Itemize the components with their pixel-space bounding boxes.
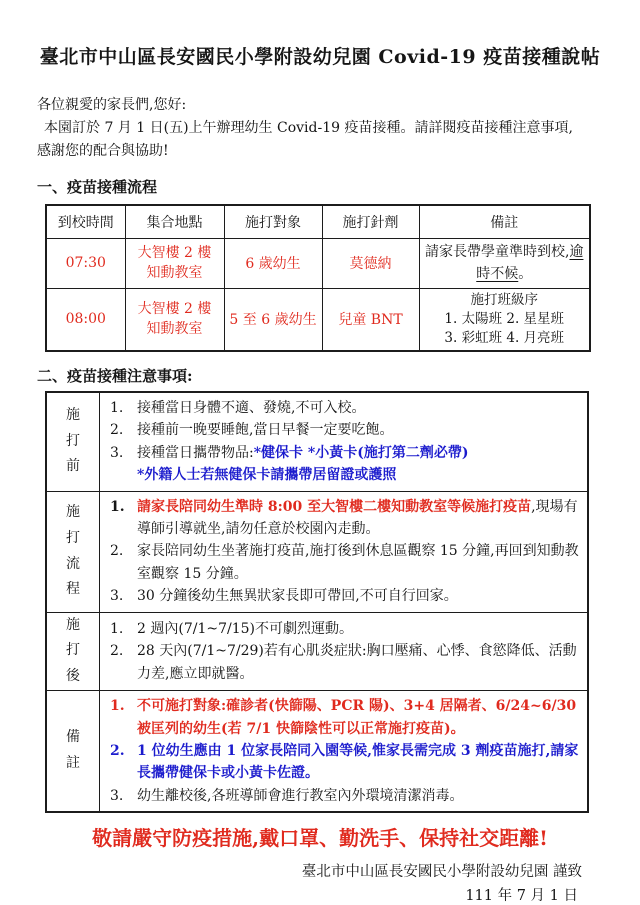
greeting-line: 各位親愛的家長們,您好: bbox=[37, 94, 612, 117]
note-item: 3.30 分鐘後幼生無異狀家長即可帶回,不可自行回家。 bbox=[110, 585, 579, 607]
item-number: 2. bbox=[110, 640, 137, 662]
item-text: 家長陪同幼生坐著施打疫苗,施打後到休息區觀察 15 分鐘,再回到知動教室觀察 1… bbox=[137, 543, 579, 581]
class-order-line: 3. 彩虹班 4. 月亮班 bbox=[424, 329, 586, 348]
document-page: 臺北市中山區長安國民小學附設幼兒園 Covid-19 疫苗接種說帖 各位親愛的家… bbox=[0, 0, 640, 905]
class-order-line: 1. 太陽班 2. 星星班 bbox=[424, 310, 586, 329]
schedule-row: 07:30 大智樓 2 樓 知動教室 6 歲幼生 莫德納 請家長帶學童準時到校,… bbox=[46, 238, 590, 288]
column-header-target: 施打對象 bbox=[224, 205, 322, 238]
note-item: 1.2 週內(7/1~7/15)不可劇烈運動。 bbox=[110, 618, 579, 640]
safety-slogan: 敬請嚴守防疫措施,戴口罩、勤洗手、保持社交距離! bbox=[0, 822, 640, 851]
location-line: 知動教室 bbox=[130, 263, 220, 283]
note-cell: 請家長帶學童準時到校,逾時不候。 bbox=[419, 238, 590, 288]
note-item: 1.接種當日身體不適、發燒,不可入校。 bbox=[110, 397, 579, 419]
item-number: 2. bbox=[110, 419, 137, 441]
vaccine-cell: 兒童 BNT bbox=[322, 288, 419, 351]
note-cell: 施打班級序 1. 太陽班 2. 星星班 3. 彩虹班 4. 月亮班 bbox=[419, 288, 590, 351]
column-header-time: 到校時間 bbox=[46, 205, 125, 238]
item-number: 2. bbox=[110, 540, 137, 562]
schedule-table: 到校時間 集合地點 施打對象 施打針劑 備註 07:30 大智樓 2 樓 知動教… bbox=[45, 204, 591, 352]
item-text: 28 天內(7/1~7/29)若有心肌炎症狀:胸口壓痛、心悸、食慾降低、活動力差… bbox=[137, 643, 577, 681]
notes-table: 施打前 1.接種當日身體不適、發燒,不可入校。 2.接種前一晚要睡飽,當日早餐一… bbox=[45, 391, 589, 814]
item-number: 1. bbox=[110, 695, 137, 717]
note-item-continuation: *外籍人士若無健保卡請攜帶居留證或護照 bbox=[110, 464, 579, 486]
schedule-row: 08:00 大智樓 2 樓 知動教室 5 至 6 歲幼生 兒童 BNT 施打班級… bbox=[46, 288, 590, 351]
note-text: 。 bbox=[518, 266, 532, 282]
row-label: 施打流程 bbox=[47, 492, 100, 612]
document-date: 111 年 7 月 1 日 bbox=[0, 884, 578, 905]
row-label-text: 備註 bbox=[65, 725, 81, 777]
item-text-red: 不可施打對象:確診者(快篩陽、PCR 陽)、3+4 居隔者、6/24~6/30 … bbox=[137, 698, 576, 736]
note-item: 1.請家長陪同幼生準時 8:00 至大智樓二樓知動教室等候施打疫苗,現場有導師引… bbox=[110, 496, 579, 541]
note-item: 3.接種當日攜帶物品:*健保卡 *小黃卡(施打第二劑必帶) bbox=[110, 442, 579, 464]
column-header-place: 集合地點 bbox=[125, 205, 224, 238]
location-cell: 大智樓 2 樓 知動教室 bbox=[125, 238, 224, 288]
row-label: 施打後 bbox=[47, 613, 100, 691]
note-item: 1.不可施打對象:確診者(快篩陽、PCR 陽)、3+4 居隔者、6/24~6/3… bbox=[110, 695, 579, 740]
target-cell: 5 至 6 歲幼生 bbox=[224, 288, 322, 351]
signature: 臺北市中山區長安國民小學附設幼兒園 謹致 bbox=[0, 860, 582, 881]
item-text-blue: *外籍人士若無健保卡請攜帶居留證或護照 bbox=[137, 467, 396, 483]
note-item: 3.幼生離校後,各班導師會進行教室內外環境清潔消毒。 bbox=[110, 785, 579, 807]
greeting-paragraph: 各位親愛的家長們,您好: 本園訂於 7 月 1 日(五)上午辦理幼生 Covid… bbox=[37, 94, 612, 163]
class-order-title: 施打班級序 bbox=[424, 291, 586, 310]
item-text: 接種前一晚要睡飽,當日早餐一定要吃飽。 bbox=[137, 422, 393, 438]
item-text-red: 請家長陪同幼生準時 8:00 至大智樓二樓知動教室等候施打疫苗 bbox=[137, 499, 531, 515]
item-text-blue: *健保卡 *小黃卡(施打第二劑必帶) bbox=[254, 445, 469, 461]
item-number: 3. bbox=[110, 442, 137, 464]
note-item: 2.家長陪同幼生坐著施打疫苗,施打後到休息區觀察 15 分鐘,再回到知動教室觀察… bbox=[110, 540, 579, 585]
section-heading-notes: 二、疫苗接種注意事項: bbox=[37, 365, 640, 386]
row-label: 備註 bbox=[47, 691, 100, 811]
notes-content: 1.接種當日身體不適、發燒,不可入校。 2.接種前一晚要睡飽,當日早餐一定要吃飽… bbox=[100, 393, 587, 491]
item-number: 2. bbox=[110, 740, 137, 762]
row-label-text: 施打前 bbox=[65, 403, 81, 481]
location-line: 大智樓 2 樓 bbox=[130, 299, 220, 319]
note-text: 請家長帶學童準時到校, bbox=[425, 244, 569, 260]
item-number: 1. bbox=[110, 618, 137, 640]
location-cell: 大智樓 2 樓 知動教室 bbox=[125, 288, 224, 351]
section-heading-schedule: 一、疫苗接種流程 bbox=[37, 176, 640, 197]
notes-row-after: 施打後 1.2 週內(7/1~7/15)不可劇烈運動。 2.28 天內(7/1~… bbox=[47, 612, 587, 691]
item-number: 3. bbox=[110, 585, 137, 607]
notes-row-before: 施打前 1.接種當日身體不適、發燒,不可入校。 2.接種前一晚要睡飽,當日早餐一… bbox=[47, 393, 587, 491]
notes-row-process: 施打流程 1.請家長陪同幼生準時 8:00 至大智樓二樓知動教室等候施打疫苗,現… bbox=[47, 491, 587, 612]
document-title: 臺北市中山區長安國民小學附設幼兒園 Covid-19 疫苗接種說帖 bbox=[0, 42, 640, 69]
location-line: 大智樓 2 樓 bbox=[130, 243, 220, 263]
item-text: 接種當日攜帶物品: bbox=[137, 445, 254, 461]
arrival-time-cell: 08:00 bbox=[46, 288, 125, 351]
row-label: 施打前 bbox=[47, 393, 100, 491]
column-header-note: 備註 bbox=[419, 205, 590, 238]
vaccine-cell: 莫德納 bbox=[322, 238, 419, 288]
greeting-line: 感謝您的配合與協助! bbox=[37, 140, 612, 163]
item-number: 3. bbox=[110, 785, 137, 807]
arrival-time-cell: 07:30 bbox=[46, 238, 125, 288]
row-label-text: 施打後 bbox=[65, 613, 81, 691]
item-text: 2 週內(7/1~7/15)不可劇烈運動。 bbox=[137, 621, 353, 637]
notes-content: 1.不可施打對象:確診者(快篩陽、PCR 陽)、3+4 居隔者、6/24~6/3… bbox=[100, 691, 587, 811]
note-item: 2.接種前一晚要睡飽,當日早餐一定要吃飽。 bbox=[110, 419, 579, 441]
notes-content: 1.2 週內(7/1~7/15)不可劇烈運動。 2.28 天內(7/1~7/29… bbox=[100, 613, 587, 691]
location-line: 知動教室 bbox=[130, 319, 220, 339]
item-text: 幼生離校後,各班導師會進行教室內外環境清潔消毒。 bbox=[137, 788, 463, 804]
target-cell: 6 歲幼生 bbox=[224, 238, 322, 288]
item-text: 30 分鐘後幼生無異狀家長即可帶回,不可自行回家。 bbox=[137, 588, 458, 604]
notes-content: 1.請家長陪同幼生準時 8:00 至大智樓二樓知動教室等候施打疫苗,現場有導師引… bbox=[100, 492, 587, 612]
note-item: 2.1 位幼生應由 1 位家長陪同入園等候,惟家長需完成 3 劑疫苗施打,請家長… bbox=[110, 740, 579, 785]
item-text: 接種當日身體不適、發燒,不可入校。 bbox=[137, 400, 365, 416]
item-text-blue: 1 位幼生應由 1 位家長陪同入園等候,惟家長需完成 3 劑疫苗施打,請家長攜帶… bbox=[137, 743, 578, 781]
item-number: 1. bbox=[110, 496, 137, 518]
column-header-vaccine: 施打針劑 bbox=[322, 205, 419, 238]
greeting-line: 本園訂於 7 月 1 日(五)上午辦理幼生 Covid-19 疫苗接種。請詳閱疫… bbox=[37, 117, 612, 140]
schedule-header-row: 到校時間 集合地點 施打對象 施打針劑 備註 bbox=[46, 205, 590, 238]
item-number: 1. bbox=[110, 397, 137, 419]
notes-row-remarks: 備註 1.不可施打對象:確診者(快篩陽、PCR 陽)、3+4 居隔者、6/24~… bbox=[47, 690, 587, 811]
note-item: 2.28 天內(7/1~7/29)若有心肌炎症狀:胸口壓痛、心悸、食慾降低、活動… bbox=[110, 640, 579, 685]
row-label-text: 施打流程 bbox=[65, 500, 81, 604]
